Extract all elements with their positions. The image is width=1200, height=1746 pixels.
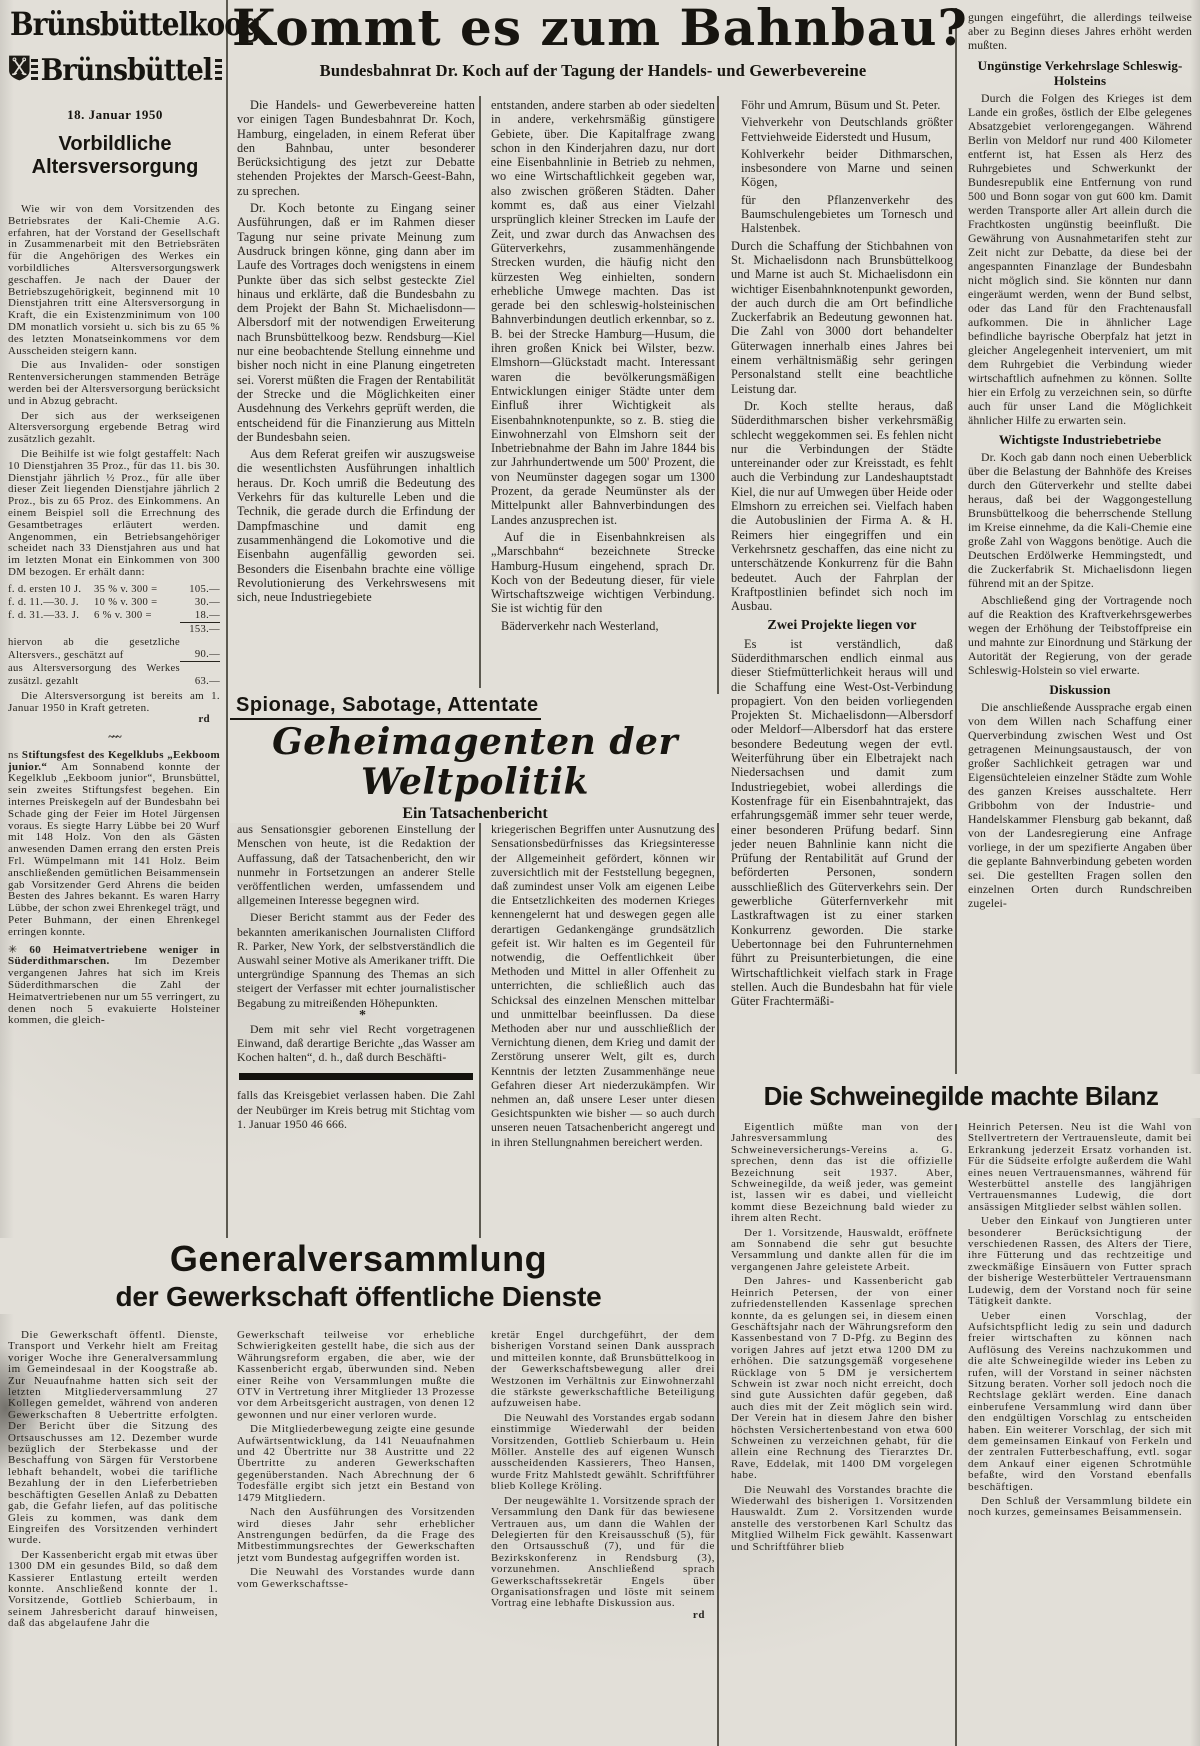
paragraph: Die Handels- und Gewerbevereine hatten v… xyxy=(237,98,475,198)
table-cell: aus Altersversorgung des Werkes zusätzl.… xyxy=(8,662,180,688)
paragraph: Die Altersversorgung ist bereits am 1. J… xyxy=(8,691,220,715)
paragraph: Die Neuwahl des Vorstandes ergab sodann … xyxy=(491,1413,715,1493)
generalversammlung-column-3: kretär Engel durchgeführt, der dem bishe… xyxy=(491,1330,715,1742)
table-cell: 105.— xyxy=(180,583,220,596)
brief-prefix: ns xyxy=(8,749,18,761)
paragraph: Die Gewerkschaft öffentl. Dienste, Trans… xyxy=(8,1330,218,1547)
table-cell: f. d. 31.—33. J. xyxy=(8,609,94,622)
bahnbau-column-2: entstanden, andere starben ab oder siede… xyxy=(491,98,715,694)
schweinegilde-headline: Die Schweinegilde machte Bilanz xyxy=(722,1074,1200,1118)
table-cell: hiervon ab die gesetzliche Altersvers., … xyxy=(8,636,180,662)
table-cell: 63.— xyxy=(180,675,220,688)
generalversammlung-header: Generalversammlung der Gewerkschaft öffe… xyxy=(0,1238,717,1314)
table-row: f. d. ersten 10 J. 35 % v. 300 = 105.— xyxy=(8,583,220,596)
list-item: Föhr und Amrum, Büsum und St. Peter. xyxy=(731,98,953,112)
paragraph: Der neugewählte 1. Vorsitzende sprach de… xyxy=(491,1496,715,1610)
paragraph: Der Kassenbericht ergab mit etwas über 1… xyxy=(8,1550,218,1630)
paragraph: Den Jahres- und Kassenbericht gab Heinri… xyxy=(731,1276,953,1481)
section-divider-bar xyxy=(239,1073,473,1080)
brief-text: Am Sonnabend konnte der Kegelklub „Eekbo… xyxy=(8,761,220,938)
paragraph: Die Beihilfe ist wie folgt gestaffelt: N… xyxy=(8,449,220,579)
article-title-altersversorgung: Vorbildliche Altersversorgung xyxy=(8,133,222,179)
table-row: hiervon ab die gesetzliche Altersvers., … xyxy=(8,636,220,662)
bahnbau-column-3: Föhr und Amrum, Büsum und St. Peter. Vie… xyxy=(731,98,953,1076)
generalversammlung-headline-line1: Generalversammlung xyxy=(0,1238,717,1280)
column-rule xyxy=(955,8,957,1076)
paragraph: Wie wir von dem Vorsitzenden des Betrieb… xyxy=(8,204,220,357)
column-1-body: Wie wir von dem Vorsitzenden des Betrieb… xyxy=(8,204,220,1256)
article-separator: ~~~ xyxy=(8,732,220,744)
paragraph: Die anschließende Aussprache ergab einen… xyxy=(968,700,1192,910)
list-item: für den Pflanzenverkehr des Baumschuleng… xyxy=(731,193,953,236)
bahnbau-column-1: Die Handels- und Gewerbevereine hatten v… xyxy=(237,98,475,690)
table-row: aus Altersversorgung des Werkes zusätzl.… xyxy=(8,662,220,688)
paragraph: Ueber einen Vorschlag, der Aufsichtspfli… xyxy=(968,1311,1192,1494)
table-cell: f. d. 11.—30. J. xyxy=(8,596,94,609)
coat-of-arms-crossed-anchors-icon xyxy=(8,43,31,93)
masthead-ornament-right xyxy=(215,56,222,80)
paragraph: Der 1. Vorsitzende, Hauswaldt, eröffnete… xyxy=(731,1228,953,1274)
table-cell: 6 % v. 300 = xyxy=(94,609,180,622)
column-rule xyxy=(479,96,481,688)
newspaper-page: Brünsbüttelkoog Brünsbüttel 18. Januar 1… xyxy=(0,0,1200,1746)
paragraph: Durch die Folgen des Krieges ist dem Lan… xyxy=(968,91,1192,427)
table-cell: 18.— xyxy=(180,609,220,622)
column-rule xyxy=(717,96,719,1746)
section-subhead: Wichtigste Industriebetriebe xyxy=(968,433,1192,447)
paragraph: gung der Menschen mit militärischen und … xyxy=(491,808,715,1149)
paragraph: Dr. Koch stellte heraus, daß Süderdithma… xyxy=(731,399,953,613)
generalversammlung-column-1: Die Gewerkschaft öffentl. Dienste, Trans… xyxy=(8,1330,218,1742)
table-cell: 35 % v. 300 = xyxy=(94,583,180,596)
paragraph: Nach den Ausführungen des Vorsitzenden w… xyxy=(237,1507,475,1564)
geheimagenten-headline: Geheimagenten der Weltpolitik xyxy=(230,722,720,802)
paragraph: kretär Engel durchgeführt, der dem bishe… xyxy=(491,1330,715,1410)
section-subhead: Zwei Projekte liegen vor xyxy=(731,619,953,633)
geheimagenten-column-2: gung der Menschen mit militärischen und … xyxy=(491,808,715,1252)
star-separator: * xyxy=(237,1010,475,1022)
table-row-sum: 153.— xyxy=(8,622,220,636)
masthead-title-line2: Brünsbüttel xyxy=(41,53,212,88)
issue-date: 18. Januar 1950 xyxy=(8,107,222,123)
paragraph: Dr. Koch gab dann noch einen Ueberblick … xyxy=(968,450,1192,590)
pension-calculation-table: f. d. ersten 10 J. 35 % v. 300 = 105.— f… xyxy=(8,583,220,688)
column-rule xyxy=(955,1124,957,1746)
paragraph: Gewerkschaft teilweise vor erhebliche Sc… xyxy=(237,1330,475,1421)
masthead: Brünsbüttelkoog Brünsbüttel 18. Januar 1… xyxy=(8,6,222,187)
main-headline: Kommt es zum Bahnbau? xyxy=(232,0,954,56)
table-row: f. d. 11.—30. J. 10 % v. 300 = 30.— xyxy=(8,596,220,609)
generalversammlung-headline-line2: der Gewerkschaft öffentliche Dienste xyxy=(0,1280,717,1314)
column-rule xyxy=(226,0,228,1242)
section-subhead: Diskussion xyxy=(968,683,1192,697)
news-brief: ✳ 60 Heimatvertriebene weniger in Süderd… xyxy=(8,945,220,1028)
paragraph: Es ist verständlich, daß Süderdithmarsch… xyxy=(731,637,953,1009)
geheimagenten-subhead: Ein Tatsachenbericht xyxy=(230,805,720,823)
paragraph: Dieser Bericht stammt aus der Feder des … xyxy=(237,910,475,1009)
paragraph: Abschließend ging der Vortragende noch a… xyxy=(968,593,1192,677)
paragraph: Auf die in Eisenbahnkreisen als „Marschb… xyxy=(491,530,715,616)
main-article-header: Kommt es zum Bahnbau? Bundesbahnrat Dr. … xyxy=(232,0,954,81)
schweinegilde-column-2: Heinrich Petersen. Neu ist die Wahl von … xyxy=(968,1122,1192,1746)
paragraph: Aus dem Referat greifen wir auszugsweise… xyxy=(237,447,475,604)
table-row: f. d. 31.—33. J. 6 % v. 300 = 18.— xyxy=(8,609,220,622)
author-signature: rd xyxy=(491,1610,715,1621)
paragraph-continuation: falls das Kreisgebiet verlassen haben. D… xyxy=(237,1088,475,1131)
geheimagenten-column-1: In Anbetracht der berechtigten, und nich… xyxy=(237,808,475,1252)
paragraph: Bäderverkehr nach Westerland, xyxy=(491,619,715,633)
column-rule xyxy=(479,806,481,1252)
main-subhead: Bundesbahnrat Dr. Koch auf der Tagung de… xyxy=(232,61,954,81)
bahnbau-column-4: gungen eingeführt, die allerdings teilwe… xyxy=(968,10,1192,1076)
parag raph: Der sich aus der werkseigenen Altersvers… xyxy=(8,411,220,446)
table-cell: 10 % v. 300 = xyxy=(94,596,180,609)
paragraph: Die Mitgliederbewegung zeigte eine gesun… xyxy=(237,1424,475,1504)
paragraph: Ueber den Einkauf von Jungtieren unter b… xyxy=(968,1216,1192,1307)
masthead-ornament-left xyxy=(31,56,38,80)
table-cell: f. d. ersten 10 J. xyxy=(8,583,94,596)
geheimagenten-header: Spionage, Sabotage, Attentate Geheimagen… xyxy=(230,694,720,823)
paragraph: gungen eingeführt, die allerdings teilwe… xyxy=(968,10,1192,52)
table-cell: 30.— xyxy=(180,596,220,609)
paragraph: Die Neuwahl des Vorstandes wurde dann vo… xyxy=(237,1567,475,1590)
paragraph: Die Neuwahl des Vorstandes brachte die W… xyxy=(731,1485,953,1553)
star-marker-icon: ✳ xyxy=(8,944,18,956)
table-cell: 90.— xyxy=(180,648,220,662)
paragraph: Die aus Invaliden- oder sonstigen Renten… xyxy=(8,360,220,407)
masthead-title-line1: Brünsbüttelkoog xyxy=(10,6,222,43)
schweinegilde-column-1: Eigentlich müßte man von der Jahresversa… xyxy=(731,1122,953,1746)
section-subhead: Ungünstige Verkehrslage Schleswig-Holste… xyxy=(968,58,1192,88)
news-brief: ns Stiftungsfest des Kegelklubs „Eekboom… xyxy=(8,750,220,939)
paragraph: Heinrich Petersen. Neu ist die Wahl von … xyxy=(968,1122,1192,1213)
author-signature: rd xyxy=(8,714,220,726)
paragraph: Eigentlich müßte man von der Jahresversa… xyxy=(731,1122,953,1225)
paragraph: Dem mit sehr viel Recht vorgetragenen Ei… xyxy=(237,1022,475,1065)
list-item: Viehverkehr von Deutschlands größter Fet… xyxy=(731,115,953,144)
list-item: Kohlverkehr beider Dithmarschen, insbeso… xyxy=(731,147,953,190)
paragraph: Dr. Koch betonte zu Eingang seiner Ausfü… xyxy=(237,201,475,444)
paragraph: Den Schluß der Versammlung bildete ein n… xyxy=(968,1496,1192,1519)
kicker: Spionage, Sabotage, Attentate xyxy=(230,694,541,720)
paragraph: entstanden, andere starben ab oder siede… xyxy=(491,98,715,527)
paragraph: Durch die Schaffung der Stichbahnen von … xyxy=(731,239,953,396)
generalversammlung-column-2: Gewerkschaft teilweise vor erhebliche Sc… xyxy=(237,1330,475,1742)
table-cell: 153.— xyxy=(180,622,220,636)
